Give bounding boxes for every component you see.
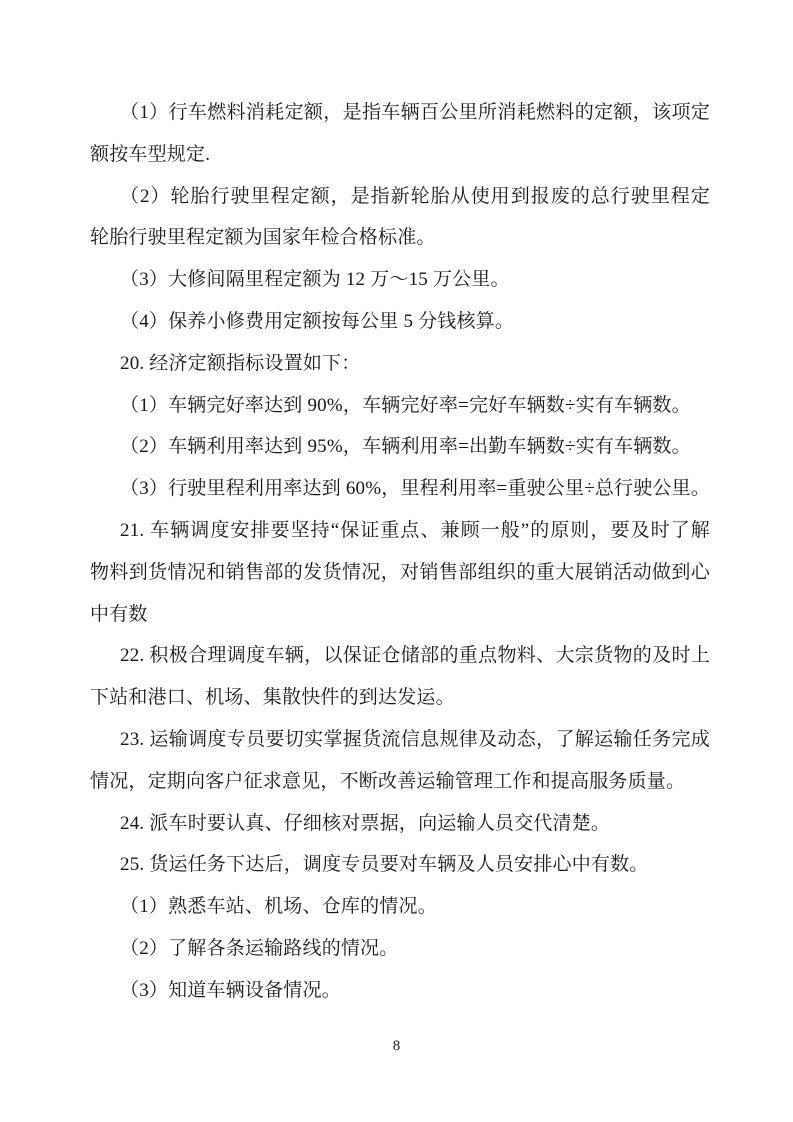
text-line: （3）行驶里程利用率达到 60%，里程利用率=重驶公里÷总行驶公里。	[90, 468, 710, 510]
document-page: （1）行车燃料消耗定额，是指车辆百公里所消耗燃料的定额，该项定额按车型规定.（2…	[0, 0, 793, 1122]
text-line: 物料到货情况和销售部的发货情况，对销售部组织的重大展销活动做到心	[90, 552, 710, 594]
page-number: 8	[393, 1038, 401, 1054]
text-line: （2）车辆利用率达到 95%，车辆利用率=出勤车辆数÷实有车辆数。	[90, 426, 710, 468]
text-line: （3）知道车辆设备情况。	[90, 970, 710, 1012]
text-line: （3）大修间隔里程定额为 12 万～15 万公里。	[90, 259, 710, 301]
text-line: 21. 车辆调度安排要坚持“保证重点、兼顾一般”的原则，要及时了解	[90, 510, 710, 552]
text-line: 24. 派车时要认真、仔细核对票据，向运输人员交代清楚。	[90, 803, 710, 845]
text-line: （2）轮胎行驶里程定额，是指新轮胎从使用到报废的总行驶里程定额。	[90, 176, 710, 218]
text-line: 额按车型规定.	[90, 134, 710, 176]
page-footer: 8	[0, 1036, 793, 1056]
text-line: 20. 经济定额指标设置如下：	[90, 343, 710, 385]
text-line: （1）车辆完好率达到 90%，车辆完好率=完好车辆数÷实有车辆数。	[90, 385, 710, 427]
text-line: （1）行车燃料消耗定额，是指车辆百公里所消耗燃料的定额，该项定	[90, 92, 710, 134]
text-line: 下站和港口、机场、集散快件的到达发运。	[90, 677, 710, 719]
text-line: 22. 积极合理调度车辆，以保证仓储部的重点物料、大宗货物的及时上	[90, 635, 710, 677]
text-line: 23. 运输调度专员要切实掌握货流信息规律及动态，了解运输任务完成	[90, 719, 710, 761]
text-line: 情况，定期向客户征求意见，不断改善运输管理工作和提高服务质量。	[90, 761, 710, 803]
document-body: （1）行车燃料消耗定额，是指车辆百公里所消耗燃料的定额，该项定额按车型规定.（2…	[90, 92, 710, 1012]
text-line: 轮胎行驶里程定额为国家年检合格标准。	[90, 217, 710, 259]
text-line: 中有数	[90, 594, 710, 636]
text-line: 25. 货运任务下达后，调度专员要对车辆及人员安排心中有数。	[90, 844, 710, 886]
text-line: （1）熟悉车站、机场、仓库的情况。	[90, 886, 710, 928]
text-line: （2）了解各条运输路线的情况。	[90, 928, 710, 970]
text-line: （4）保养小修费用定额按每公里 5 分钱核算。	[90, 301, 710, 343]
